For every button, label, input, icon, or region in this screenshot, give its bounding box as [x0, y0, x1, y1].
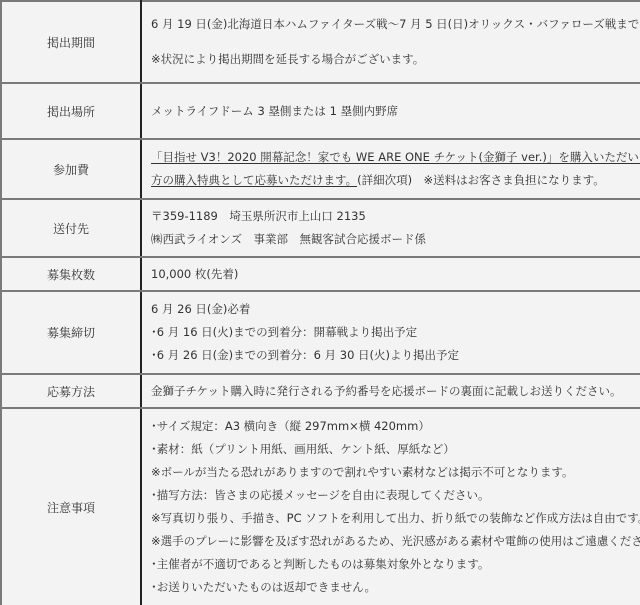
- table-row-method: 応募方法 金獅子チケット購入時に発行される予約番号を応援ボードの裏面に記載しお送…: [1, 374, 640, 408]
- row-value-period: 6 月 19 日(金)北海道日本ハムファイターズ戦～7 月 5 日(日)オリック…: [141, 1, 640, 83]
- campaign-info-table: 掲出期間 6 月 19 日(金)北海道日本ハムファイターズ戦～7 月 5 日(日…: [0, 0, 640, 605]
- row-label-quantity: 募集枚数: [1, 257, 141, 291]
- table-row-deadline: 募集締切 6 月 26 日(金)必着 ･6 月 16 日(火)までの到着分：開幕…: [1, 291, 640, 374]
- method-text: 金獅子チケット購入時に発行される予約番号を応援ボードの裏面に記載しお送りください…: [151, 380, 636, 403]
- table-row-notes: 注意事項 ･サイズ規定：A3 横向き（縦 297mm×横 420mm） ･素材：…: [1, 408, 640, 605]
- note-item: ※ボールが当たる恐れがありますので割れやすい素材などは掲示不可となります。: [151, 461, 636, 484]
- note-item: ･素材：紙（プリント用紙、画用紙、ケント紙、厚紙など）: [151, 438, 636, 461]
- row-label-notes: 注意事項: [1, 408, 141, 605]
- note-item: ･サイズ規定：A3 横向き（縦 297mm×横 420mm）: [151, 415, 636, 438]
- fee-note: (詳細次項) ※送料はお客さま負担になります。: [357, 173, 605, 187]
- table-row-address: 送付先 〒359-1189 埼玉県所沢市上山口 2135 ㈱西武ライオンズ 事業…: [1, 199, 640, 257]
- note-item: ※写真切り張り、手描き、PC ソフトを利用して出力、折り紙での装飾など作成方法は…: [151, 507, 636, 530]
- note-item: ※選手のプレーに影響を及ぼす恐れがあるため、光沢感がある素材や電飾の使用はご遠慮…: [151, 530, 636, 553]
- deadline-item: ･6 月 26 日(金)までの到着分：6 月 30 日(火)より掲出予定: [151, 344, 636, 367]
- row-value-method: 金獅子チケット購入時に発行される予約番号を応援ボードの裏面に記載しお送りください…: [141, 374, 640, 408]
- row-label-method: 応募方法: [1, 374, 141, 408]
- postal-address: 〒359-1189 埼玉県所沢市上山口 2135: [151, 205, 636, 228]
- deadline-date: 6 月 26 日(金)必着: [151, 298, 636, 321]
- note-item: ･描写方法：皆さまの応援メッセージを自由に表現してください。: [151, 484, 636, 507]
- period-dates: 6 月 19 日(金)北海道日本ハムファイターズ戦～7 月 5 日(日)オリック…: [151, 13, 636, 36]
- location-text: メットライフドーム 3 塁側または 1 塁側内野席: [151, 100, 636, 123]
- deadline-item: ･6 月 16 日(火)までの到着分：開幕戦より掲出予定: [151, 321, 636, 344]
- row-label-fee: 参加費: [1, 139, 141, 199]
- quantity-text: 10,000 枚(先着): [151, 263, 636, 286]
- row-value-quantity: 10,000 枚(先着): [141, 257, 640, 291]
- row-value-location: メットライフドーム 3 塁側または 1 塁側内野席: [141, 83, 640, 139]
- row-value-deadline: 6 月 26 日(金)必着 ･6 月 16 日(火)までの到着分：開幕戦より掲出…: [141, 291, 640, 374]
- table-row-fee: 参加費 「目指せ V3！2020 開幕記念！家でも WE ARE ONE チケッ…: [1, 139, 640, 199]
- row-label-location: 掲出場所: [1, 83, 141, 139]
- period-note: ※状況により掲出期間を延長する場合がございます。: [151, 48, 636, 71]
- note-item: ･主催者が不適切であると判断したものは募集対象外となります。: [151, 553, 636, 576]
- row-label-deadline: 募集締切: [1, 291, 141, 374]
- ticket-link-continued[interactable]: 方の購入特典として応募いただけます。: [151, 173, 357, 187]
- ticket-link[interactable]: 「目指せ V3！2020 開幕記念！家でも WE ARE ONE チケット(金獅…: [151, 150, 640, 164]
- row-value-address: 〒359-1189 埼玉県所沢市上山口 2135 ㈱西武ライオンズ 事業部 無観…: [141, 199, 640, 257]
- row-label-address: 送付先: [1, 199, 141, 257]
- table-row-location: 掲出場所 メットライフドーム 3 塁側または 1 塁側内野席: [1, 83, 640, 139]
- row-value-notes: ･サイズ規定：A3 横向き（縦 297mm×横 420mm） ･素材：紙（プリン…: [141, 408, 640, 605]
- row-value-fee: 「目指せ V3！2020 開幕記念！家でも WE ARE ONE チケット(金獅…: [141, 139, 640, 199]
- table-row-quantity: 募集枚数 10,000 枚(先着): [1, 257, 640, 291]
- table-row-period: 掲出期間 6 月 19 日(金)北海道日本ハムファイターズ戦～7 月 5 日(日…: [1, 1, 640, 83]
- recipient-name: ㈱西武ライオンズ 事業部 無観客試合応援ボード係: [151, 228, 636, 251]
- note-item: ･お送りいただいたものは返却できません。: [151, 576, 636, 599]
- row-label-period: 掲出期間: [1, 1, 141, 83]
